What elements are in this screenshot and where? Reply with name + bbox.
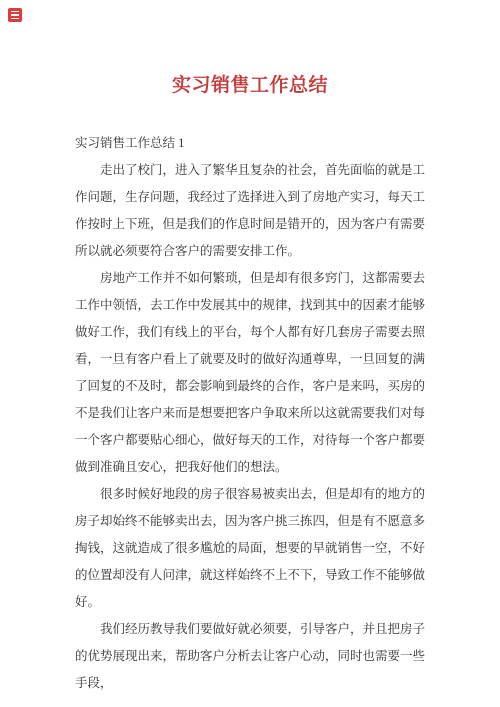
document-subtitle: 实习销售工作总结 1	[75, 130, 425, 157]
document-page: 实习销售工作总结 实习销售工作总结 1 走出了校门，进入了繁华且复杂的社会，首先…	[0, 0, 500, 707]
paragraph: 房地产工作并不如何繁琐，但是却有很多窍门，这都需要去工作中领悟，去工作中发展其中…	[75, 265, 425, 481]
red-document-badge-icon	[8, 8, 22, 22]
document-body: 实习销售工作总结 1 走出了校门，进入了繁华且复杂的社会，首先面临的就是工作问题…	[75, 130, 425, 697]
paragraph: 很多时候好地段的房子很容易被卖出去，但是却有的地方的房子却始终不能够卖出去，因为…	[75, 481, 425, 616]
paragraph: 走出了校门，进入了繁华且复杂的社会，首先面临的就是工作问题，生存问题，我经过了选…	[75, 157, 425, 265]
badge-line	[11, 14, 19, 16]
badge-line	[11, 11, 19, 13]
badge-line	[11, 18, 19, 20]
page-title: 实习销售工作总结	[0, 0, 500, 98]
paragraph: 我们经历教导我们要做好就必须要，引导客户，并且把房子的优势展现出来，帮助客户分析…	[75, 616, 425, 697]
